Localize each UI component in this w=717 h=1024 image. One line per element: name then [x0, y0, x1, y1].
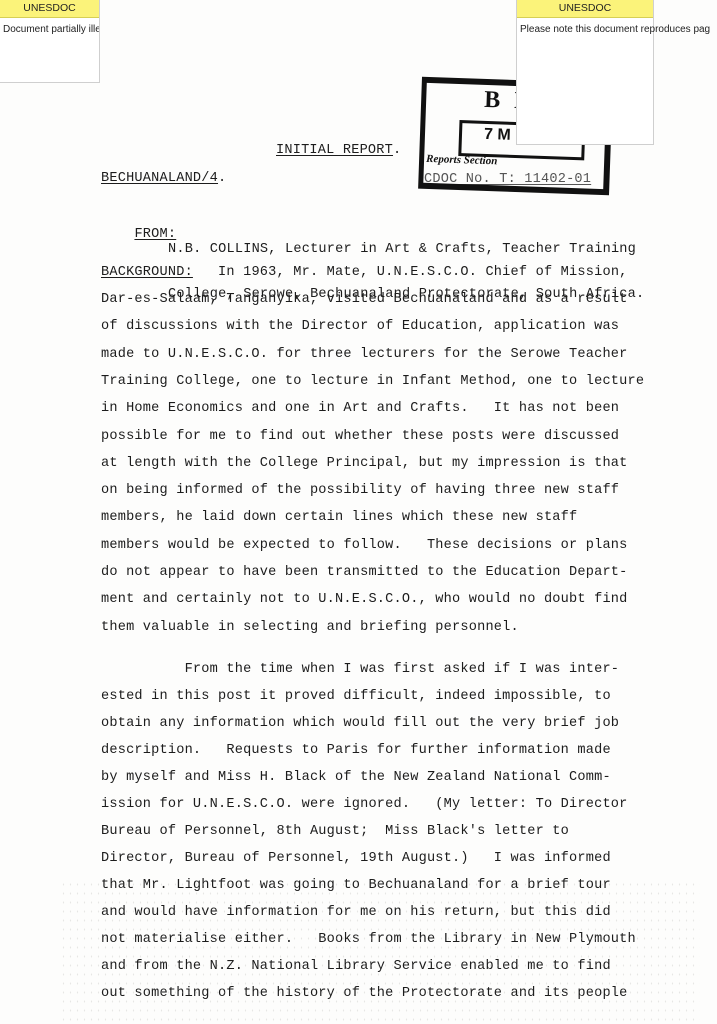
title-text: INITIAL REPORT — [276, 143, 393, 158]
from-block: FROM: — [101, 212, 176, 257]
text-line: in Home Economics and one in Art and Cra… — [101, 401, 619, 416]
text-line: Director, Bureau of Personnel, 19th Augu… — [101, 851, 611, 866]
notice-message: Please note this document reproduces pag — [517, 18, 653, 41]
text-line: From the time when I was first asked if … — [101, 662, 619, 677]
text-line: ested in this post it proved difficult, … — [101, 689, 611, 704]
code-suffix: . — [218, 171, 226, 186]
notice-header: UNESDOC — [0, 0, 99, 18]
text-line: Training College, one to lecture in Infa… — [101, 374, 644, 389]
notice-message: Document partially illegible — [0, 18, 99, 41]
scan-noise — [60, 880, 700, 1024]
background-heading-line: BACKGROUND: In 1963, Mr. Mate, U.N.E.S.C… — [101, 265, 628, 280]
background-label: BACKGROUND: — [101, 265, 193, 280]
text-line: of discussions with the Director of Educ… — [101, 319, 619, 334]
text-line: and would have information for me on his… — [101, 905, 611, 920]
stamp-number: 7 M — [484, 126, 511, 145]
text-line: that Mr. Lightfoot was going to Bechuana… — [101, 878, 611, 893]
text-line: ment and certainly not to U.N.E.S.C.O., … — [101, 592, 628, 607]
text-line: by myself and Miss H. Black of the New Z… — [101, 770, 611, 785]
text-line: description. Requests to Paris for furth… — [101, 743, 611, 758]
from-line: N.B. COLLINS, Lecturer in Art & Crafts, … — [168, 242, 644, 257]
stamp-section: Reports Section — [426, 153, 498, 167]
document-page: UNESDOC Document partially illegible UNE… — [0, 0, 717, 1024]
text-line: ission for U.N.E.S.C.O. were ignored. (M… — [101, 797, 628, 812]
report-title: INITIAL REPORT. — [276, 143, 401, 158]
text-line: obtain any information which would fill … — [101, 716, 619, 731]
text-line: and from the N.Z. National Library Servi… — [101, 959, 611, 974]
text-line: do not appear to have been transmitted t… — [101, 565, 628, 580]
code-text: BECHUANALAND/4 — [101, 171, 218, 186]
text-line: them valuable in selecting and briefing … — [101, 620, 519, 635]
text-line: Bureau of Personnel, 8th August; Miss Bl… — [101, 824, 569, 839]
text-line: not materialise either. Books from the L… — [101, 932, 636, 947]
text-line: out something of the history of the Prot… — [101, 986, 628, 1001]
title-suffix: . — [393, 143, 401, 158]
text-line: at length with the College Principal, bu… — [101, 456, 628, 471]
text-line: on being informed of the possibility of … — [101, 483, 619, 498]
text-line: possible for me to find out whether thes… — [101, 429, 619, 444]
report-code: BECHUANALAND/4. — [101, 171, 226, 186]
text-line: members would be expected to follow. The… — [101, 538, 628, 553]
reproduction-notice: UNESDOC Please note this document reprod… — [516, 0, 654, 145]
notice-header: UNESDOC — [517, 0, 653, 18]
text-line: members, he laid down certain lines whic… — [101, 510, 577, 525]
text-line: Dar-es-Salaam, Tanganyika, visited Bechu… — [101, 292, 628, 307]
text-line: made to U.N.E.S.C.O. for three lecturers… — [101, 347, 628, 362]
background-first-line: In 1963, Mr. Mate, U.N.E.S.C.O. Chief of… — [193, 265, 628, 280]
illegible-notice: UNESDOC Document partially illegible — [0, 0, 100, 83]
